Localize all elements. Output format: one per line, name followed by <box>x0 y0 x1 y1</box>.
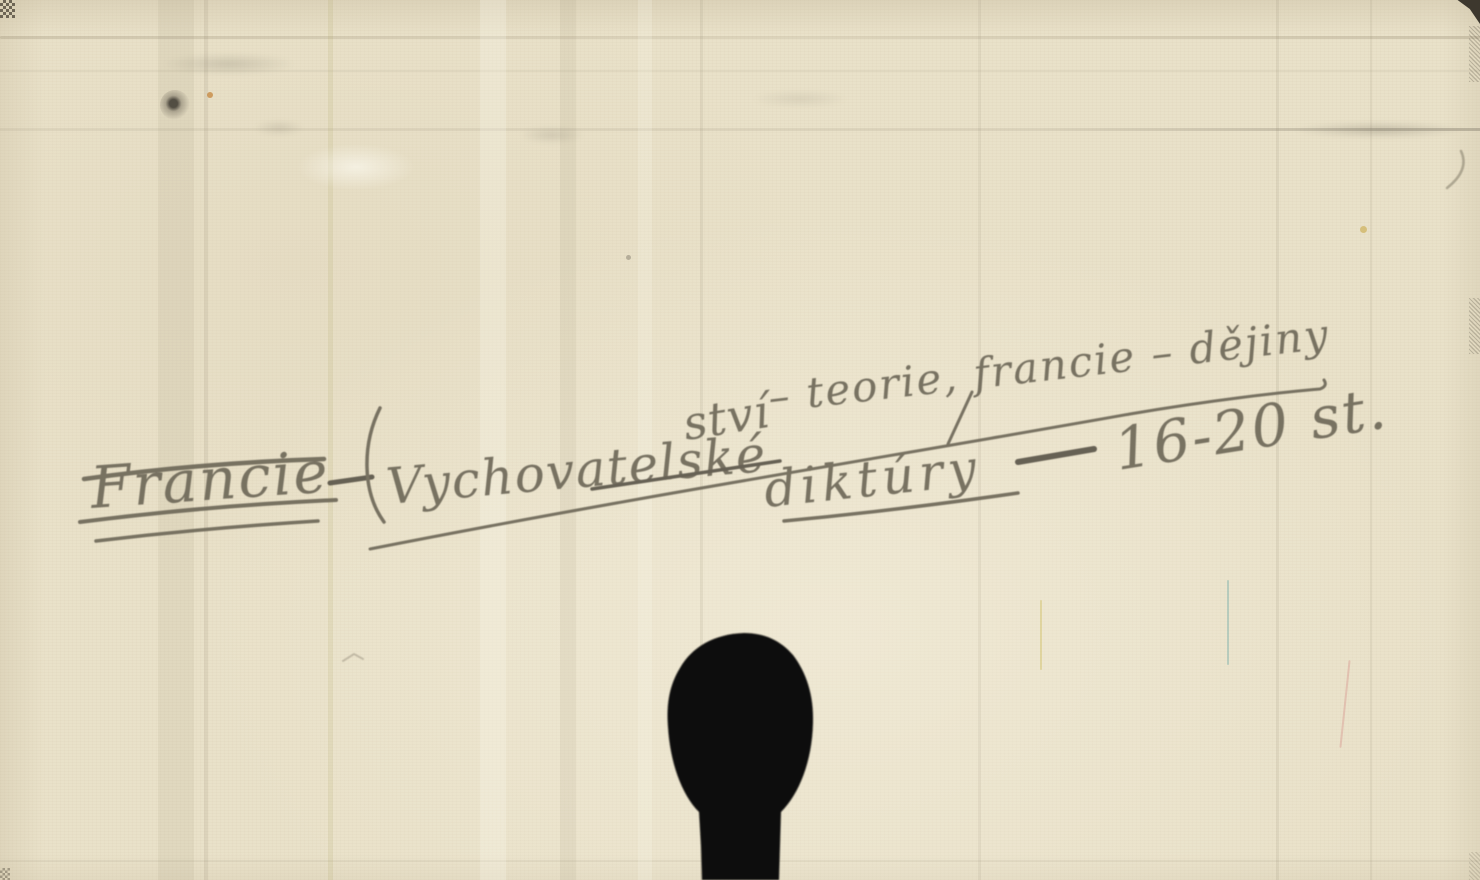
paren-flourish <box>367 408 384 522</box>
dash-stroke-1 <box>330 477 372 483</box>
dash-stroke-2 <box>1018 449 1094 462</box>
underline-francie-2 <box>96 521 318 541</box>
ink-blot <box>668 633 814 880</box>
handwriting-layer: Francie Vychovatelské ství – teorie, fra… <box>0 0 1480 880</box>
stray-pencil-mark <box>343 654 363 661</box>
stray-pencil-arc <box>1447 151 1464 188</box>
handwritten-century-range: 16-20 st. <box>1110 374 1392 484</box>
scanned-paper-page: Francie Vychovatelské ství – teorie, fra… <box>0 0 1480 880</box>
handwritten-word-underlined: diktúry <box>761 438 984 518</box>
